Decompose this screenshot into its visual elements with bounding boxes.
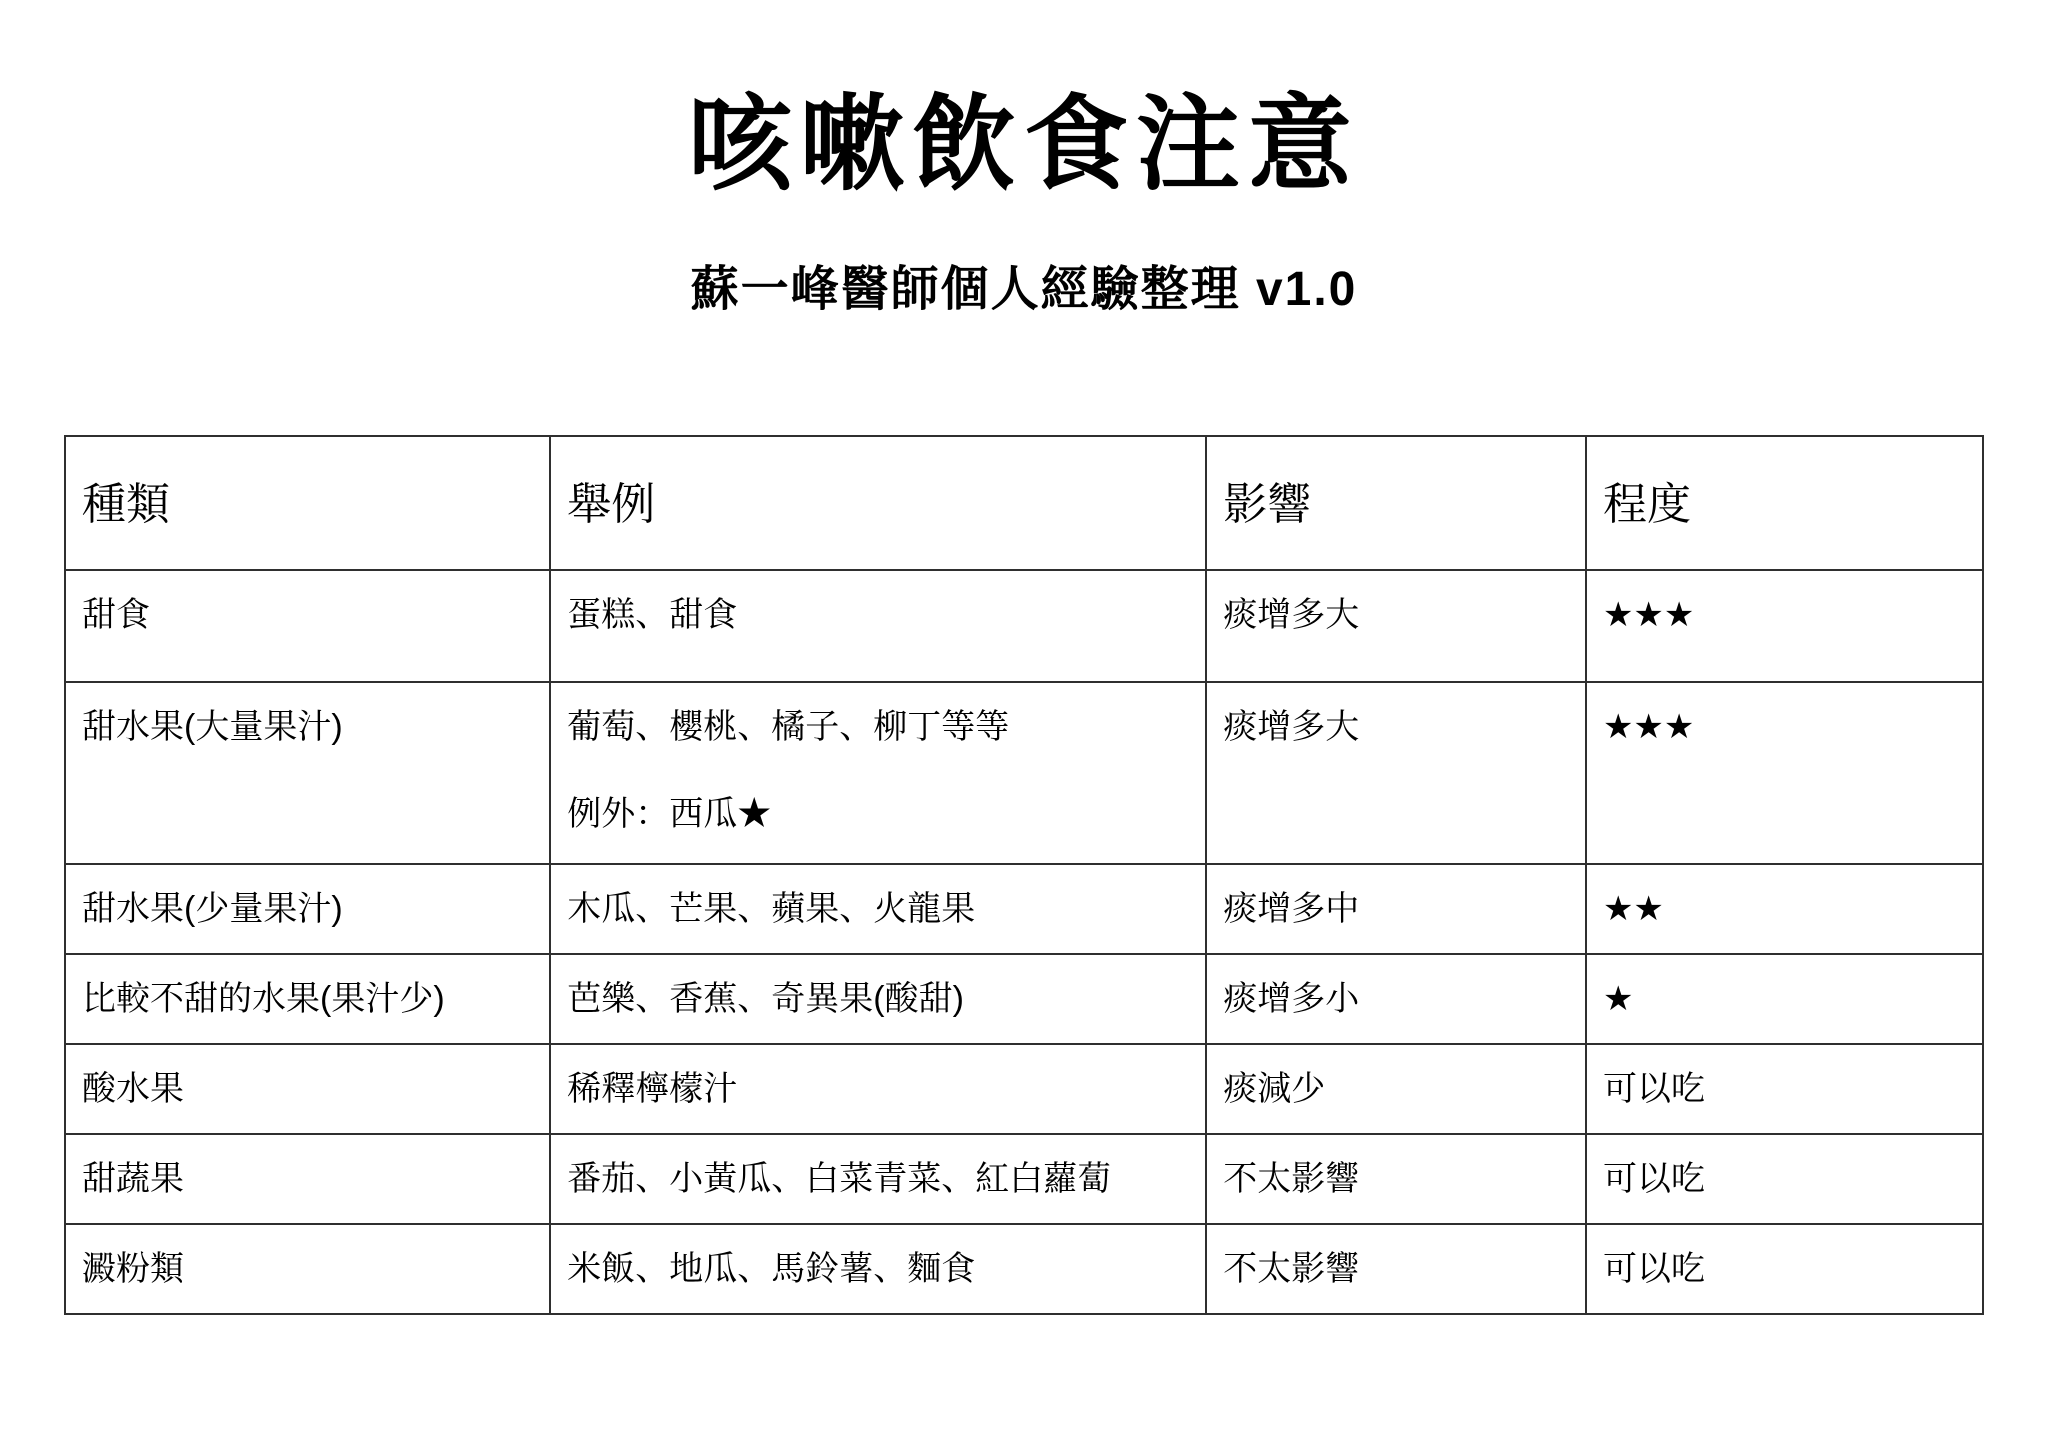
degree-cell: 可以吃 bbox=[1586, 1224, 1983, 1314]
examples-cell: 葡萄、櫻桃、橘子、柳丁等等例外：西瓜★ bbox=[550, 682, 1206, 864]
type-cell: 酸水果 bbox=[65, 1044, 550, 1134]
degree-cell: 可以吃 bbox=[1586, 1044, 1983, 1134]
degree-cell: ★★★ bbox=[1586, 682, 1983, 864]
col-header-effect: 影響 bbox=[1206, 436, 1586, 570]
example-line: 蛋糕、甜食 bbox=[567, 595, 1193, 636]
example-line: 米飯、地瓜、馬鈴薯、麵食 bbox=[567, 1249, 1193, 1290]
type-cell: 甜食 bbox=[65, 570, 550, 682]
effect-cell: 痰增多大 bbox=[1206, 570, 1586, 682]
type-cell: 澱粉類 bbox=[65, 1224, 550, 1314]
type-cell: 甜水果(少量果汁) bbox=[65, 864, 550, 954]
table-row: 澱粉類米飯、地瓜、馬鈴薯、麵食不太影響可以吃 bbox=[65, 1224, 1983, 1314]
examples-cell: 番茄、小黃瓜、白菜青菜、紅白蘿蔔 bbox=[550, 1134, 1206, 1224]
type-cell: 甜蔬果 bbox=[65, 1134, 550, 1224]
examples-cell: 稀釋檸檬汁 bbox=[550, 1044, 1206, 1134]
examples-cell: 蛋糕、甜食 bbox=[550, 570, 1206, 682]
effect-cell: 痰增多大 bbox=[1206, 682, 1586, 864]
table-row: 甜食蛋糕、甜食痰增多大★★★ bbox=[65, 570, 1983, 682]
degree-cell: ★★ bbox=[1586, 864, 1983, 954]
effect-cell: 痰減少 bbox=[1206, 1044, 1586, 1134]
example-line: 稀釋檸檬汁 bbox=[567, 1069, 1193, 1110]
examples-cell: 米飯、地瓜、馬鈴薯、麵食 bbox=[550, 1224, 1206, 1314]
table-row: 甜蔬果番茄、小黃瓜、白菜青菜、紅白蘿蔔不太影響可以吃 bbox=[65, 1134, 1983, 1224]
col-header-examples: 舉例 bbox=[550, 436, 1206, 570]
table-row: 甜水果(大量果汁)葡萄、櫻桃、橘子、柳丁等等例外：西瓜★痰增多大★★★ bbox=[65, 682, 1983, 864]
document-page: 咳嗽飲食注意 蘇一峰醫師個人經驗整理 v1.0 種類 舉例 影響 程度 甜食蛋糕… bbox=[0, 0, 2048, 1448]
degree-cell: ★ bbox=[1586, 954, 1983, 1044]
examples-cell: 木瓜、芒果、蘋果、火龍果 bbox=[550, 864, 1206, 954]
effect-cell: 痰增多小 bbox=[1206, 954, 1586, 1044]
type-cell: 比較不甜的水果(果汁少) bbox=[65, 954, 550, 1044]
col-header-type: 種類 bbox=[65, 436, 550, 570]
table-row: 比較不甜的水果(果汁少)芭樂、香蕉、奇異果(酸甜)痰增多小★ bbox=[65, 954, 1983, 1044]
example-line: 番茄、小黃瓜、白菜青菜、紅白蘿蔔 bbox=[567, 1159, 1193, 1200]
table-row: 酸水果稀釋檸檬汁痰減少可以吃 bbox=[65, 1044, 1983, 1134]
col-header-degree: 程度 bbox=[1586, 436, 1983, 570]
effect-cell: 痰增多中 bbox=[1206, 864, 1586, 954]
page-subtitle: 蘇一峰醫師個人經驗整理 v1.0 bbox=[0, 264, 2048, 317]
diet-table: 種類 舉例 影響 程度 甜食蛋糕、甜食痰增多大★★★甜水果(大量果汁)葡萄、櫻桃… bbox=[64, 435, 1984, 1315]
degree-cell: ★★★ bbox=[1586, 570, 1983, 682]
example-line: 葡萄、櫻桃、橘子、柳丁等等 bbox=[567, 707, 1193, 748]
degree-cell: 可以吃 bbox=[1586, 1134, 1983, 1224]
header-row: 種類 舉例 影響 程度 bbox=[65, 436, 1983, 570]
page-title: 咳嗽飲食注意 bbox=[0, 0, 2048, 202]
type-cell: 甜水果(大量果汁) bbox=[65, 682, 550, 864]
example-line: 木瓜、芒果、蘋果、火龍果 bbox=[567, 889, 1193, 930]
effect-cell: 不太影響 bbox=[1206, 1224, 1586, 1314]
example-line: 例外：西瓜★ bbox=[567, 794, 1193, 835]
table-row: 甜水果(少量果汁)木瓜、芒果、蘋果、火龍果痰增多中★★ bbox=[65, 864, 1983, 954]
effect-cell: 不太影響 bbox=[1206, 1134, 1586, 1224]
example-line: 芭樂、香蕉、奇異果(酸甜) bbox=[567, 979, 1193, 1020]
examples-cell: 芭樂、香蕉、奇異果(酸甜) bbox=[550, 954, 1206, 1044]
